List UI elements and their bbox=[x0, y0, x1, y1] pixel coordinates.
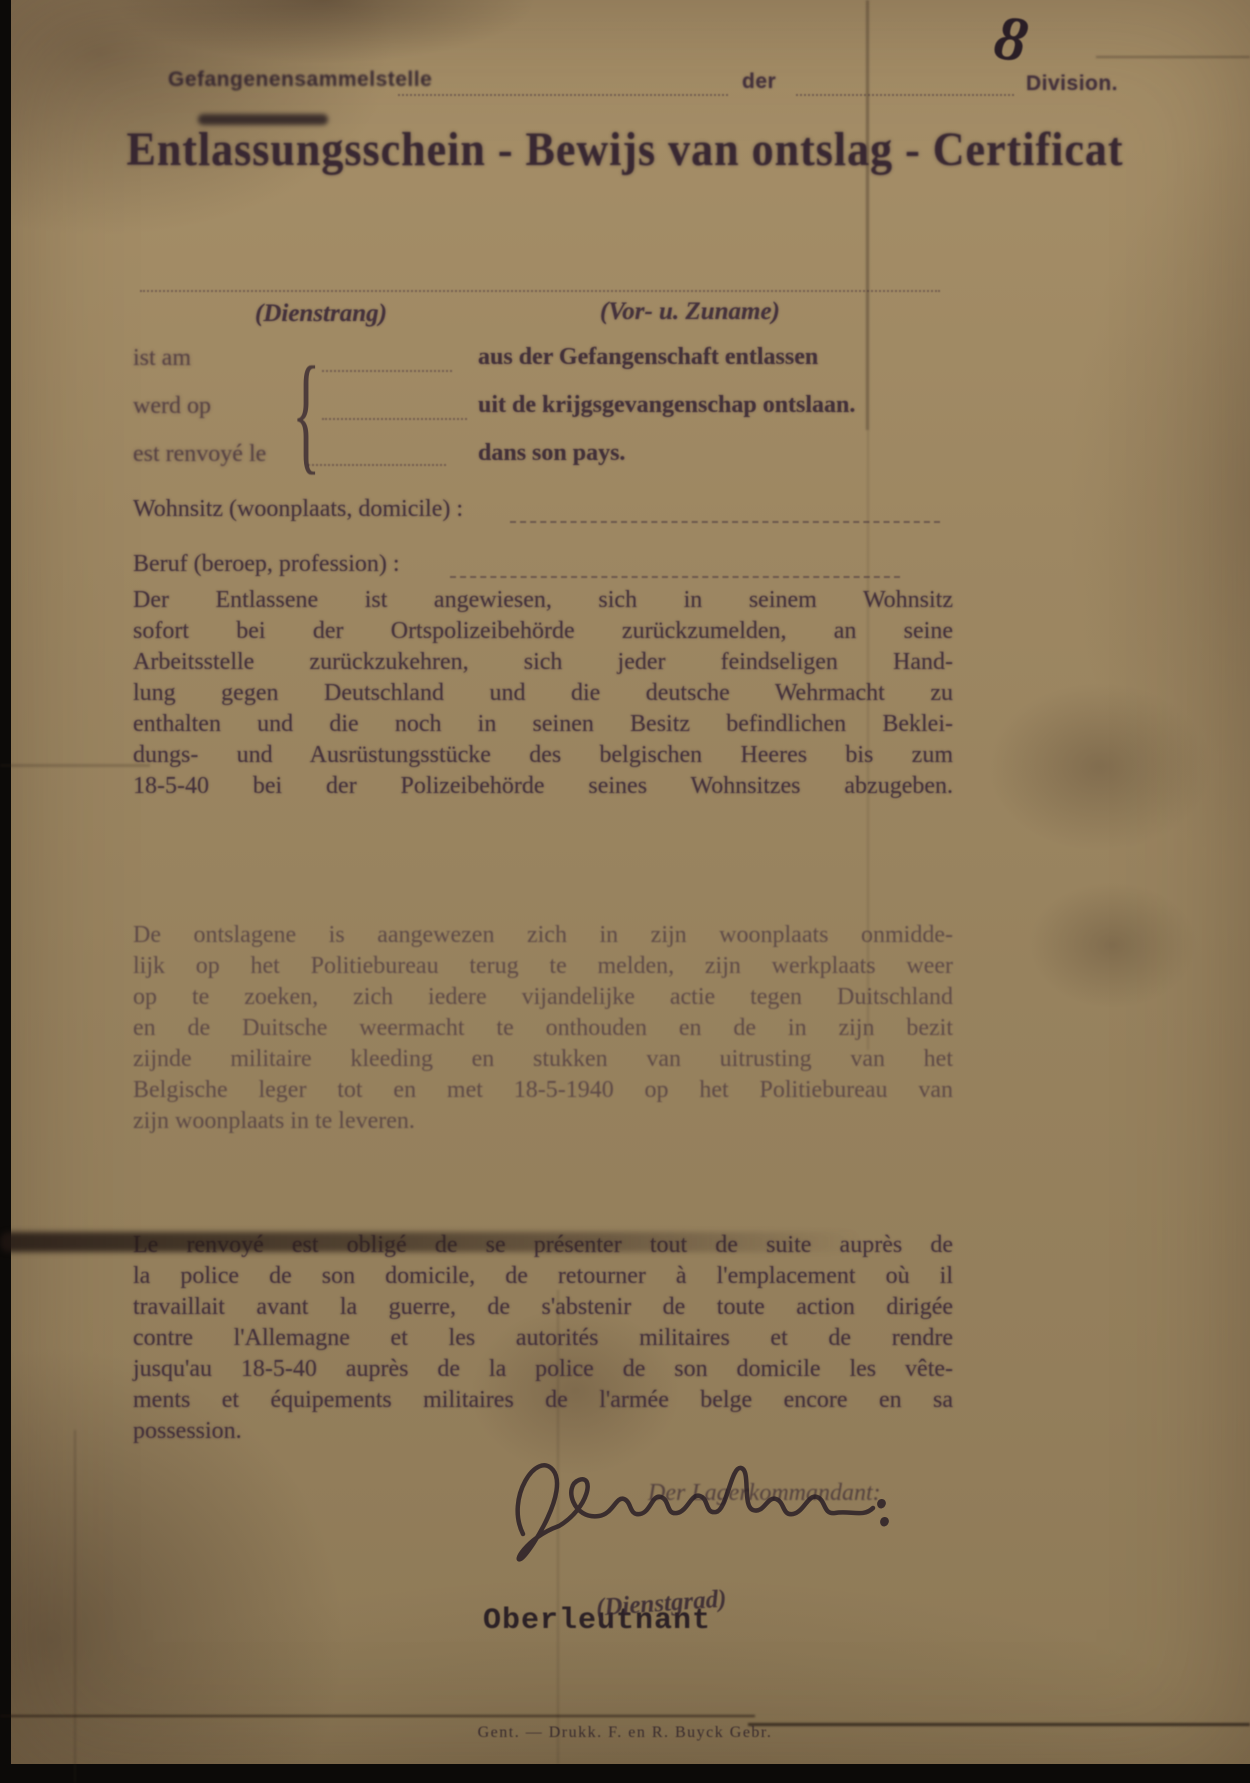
header-division-label: Division. bbox=[1026, 72, 1118, 96]
profession-label: Beruf (beroep, profession) : bbox=[133, 551, 400, 578]
paragraph-dutch: De ontslagene is aangewezen zich in zijn… bbox=[133, 920, 953, 1137]
release-tail-french: dans son pays. bbox=[478, 440, 625, 467]
date-fill-line bbox=[308, 464, 446, 466]
header-unit-label: Gefangenensammelstelle bbox=[168, 68, 432, 92]
vertical-fold-crease bbox=[866, 0, 869, 430]
handwritten-signature bbox=[495, 1436, 905, 1571]
text-line: travaillait avant la guerre, de s'absten… bbox=[133, 1292, 953, 1323]
residence-label: Wohnsitz (woonplaats, domicile) : bbox=[133, 496, 463, 523]
date-fill-line bbox=[322, 370, 452, 372]
rank-caption: (Dienstrang) bbox=[255, 300, 387, 328]
brace-icon: { bbox=[292, 336, 321, 489]
date-fill-line bbox=[322, 418, 467, 420]
text-line: la police de son domicile, de retourner … bbox=[133, 1261, 953, 1292]
release-lead-german: ist am bbox=[133, 345, 191, 372]
text-line: Belgische leger tot en met 18-5-1940 op … bbox=[133, 1075, 953, 1106]
document-title: Entlassungsschein - Bewijs van ontslag -… bbox=[0, 122, 1250, 177]
text-line: ments et équipements militaires de l'arm… bbox=[133, 1385, 953, 1416]
text-line: zijn woonplaats in te leveren. bbox=[133, 1106, 953, 1137]
ink-smudge-band bbox=[0, 1232, 860, 1252]
text-line: lung gegen Deutschland und die deutsche … bbox=[133, 678, 953, 709]
horizontal-fold-crease bbox=[0, 764, 150, 767]
text-line: contre l'Allemagne et les autorités mili… bbox=[133, 1323, 953, 1354]
horizontal-fold-crease bbox=[0, 1715, 755, 1717]
residence-fill-line bbox=[510, 521, 940, 523]
scan-bottom-bar bbox=[0, 1764, 1250, 1783]
text-line: lijk op het Politiebureau terug te melde… bbox=[133, 951, 953, 982]
handwritten-page-number: 8 bbox=[989, 0, 1032, 78]
horizontal-fold-crease bbox=[1096, 56, 1250, 58]
header-fill-line bbox=[398, 94, 728, 96]
header-der-label: der bbox=[742, 70, 776, 94]
text-line: 18-5-40 bei der Polizeibehörde seines Wo… bbox=[133, 771, 953, 802]
scan-left-edge bbox=[0, 0, 11, 1783]
text-line: enthalten und die noch in seinen Besitz … bbox=[133, 709, 953, 740]
profession-fill-line bbox=[450, 576, 900, 578]
text-line: Arbeitsstelle zurückzukehren, sich jeder… bbox=[133, 647, 953, 678]
header-fill-line bbox=[796, 94, 1014, 96]
release-lead-dutch: werd op bbox=[133, 393, 211, 420]
paragraph-german: Der Entlassene ist angewiesen, sich in s… bbox=[133, 585, 953, 802]
release-tail-dutch: uit de krijgsgevangenschap ontslaan. bbox=[478, 392, 855, 419]
text-line: op te zoeken, zich iedere vijandelijke a… bbox=[133, 982, 953, 1013]
text-line: zijnde militaire kleeding en stukken van… bbox=[133, 1044, 953, 1075]
printer-imprint: Gent. — Drukk. F. en R. Buyck Gebr. bbox=[0, 1724, 1250, 1742]
text-line: jusqu'au 18-5-40 auprès de la police de … bbox=[133, 1354, 953, 1385]
name-caption: (Vor- u. Zuname) bbox=[600, 298, 780, 326]
text-line: dungs- und Ausrüstungsstücke des belgisc… bbox=[133, 740, 953, 771]
name-rule bbox=[140, 290, 940, 292]
text-line: sofort bei der Ortspolizeibehörde zurück… bbox=[133, 616, 953, 647]
release-tail-german: aus der Gefangenschaft entlassen bbox=[478, 344, 818, 371]
paragraph-french: Le renvoyé est obligé de se présenter to… bbox=[133, 1230, 953, 1447]
text-line: en de Duitsche weermacht te onthouden en… bbox=[133, 1013, 953, 1044]
text-line: Der Entlassene ist angewiesen, sich in s… bbox=[133, 585, 953, 616]
text-line: De ontslagene is aangewezen zich in zijn… bbox=[133, 920, 953, 951]
scanned-document-page: 8 Gefangenensammelstelle der Division. E… bbox=[0, 0, 1250, 1783]
release-lead-french: est renvoyé le bbox=[133, 441, 266, 468]
